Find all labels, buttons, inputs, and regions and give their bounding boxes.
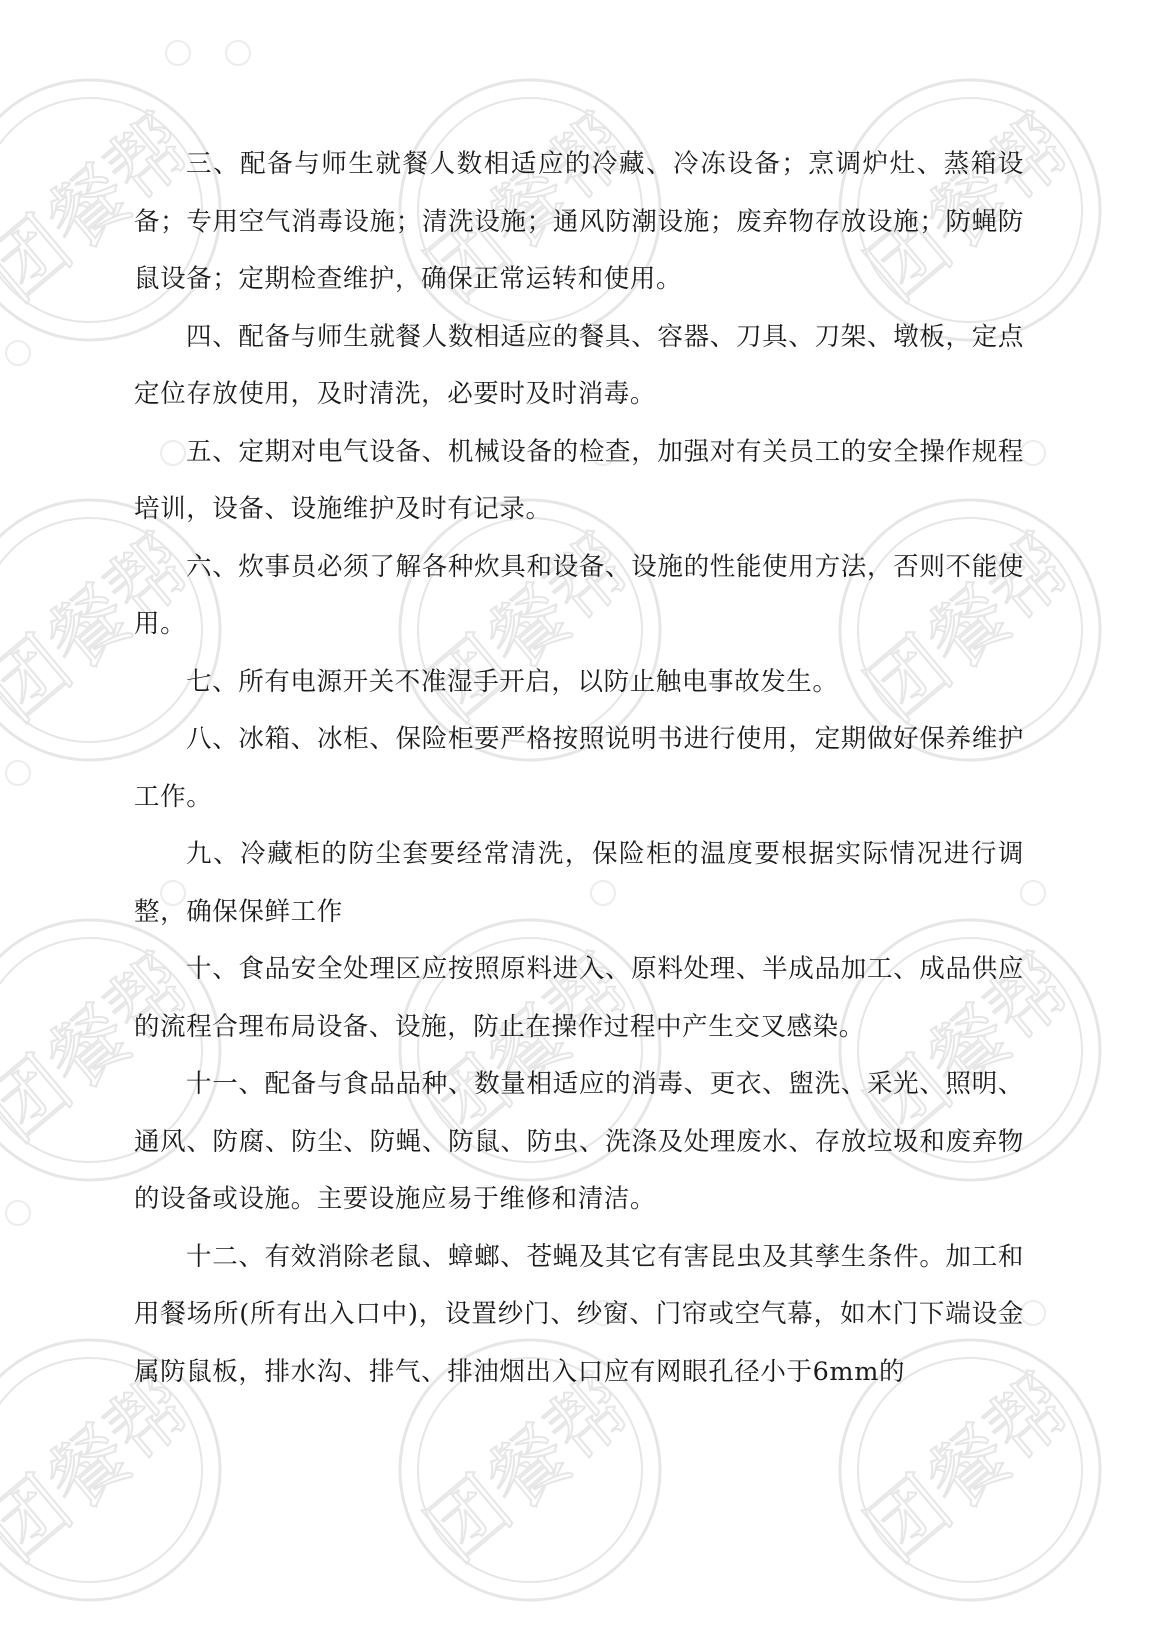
paragraph-8: 八、冰箱、冰柜、保险柜要严格按照说明书进行使用，定期做好保养维护工作。 <box>134 711 1024 826</box>
paragraph-6: 六、炊事员必须了解各种炊具和设备、设施的性能使用方法，否则不能使用。 <box>134 539 1024 654</box>
paragraph-12: 十二、有效消除老鼠、蟑螂、苍蝇及其它有害昆虫及其孳生条件。加工和用餐场所(所有出… <box>134 1229 1024 1402</box>
watermark-dot-icon <box>225 40 251 66</box>
watermark-dot-icon <box>5 1200 31 1226</box>
watermark-dot-icon <box>165 40 191 66</box>
paragraph-5: 五、定期对电气设备、机械设备的检查，加强对有关员工的安全操作规程培训，设备、设施… <box>134 424 1024 539</box>
watermark-dot-icon <box>5 340 31 366</box>
document-page: 三、配备与师生就餐人数相适应的冷藏、冷冻设备；烹调炉灶、蒸箱设备；专用空气消毒设… <box>134 136 1024 1401</box>
paragraph-4: 四、配备与师生就餐人数相适应的餐具、容器、刀具、刀架、墩板，定点定位存放使用，及… <box>134 309 1024 424</box>
paragraph-10: 十、食品安全处理区应按照原料进入、原料处理、半成品加工、成品供应的流程合理布局设… <box>134 941 1024 1056</box>
paragraph-9: 九、冷藏柜的防尘套要经常清洗，保险柜的温度要根据实际情况进行调整，确保保鲜工作 <box>134 826 1024 941</box>
paragraph-3: 三、配备与师生就餐人数相适应的冷藏、冷冻设备；烹调炉灶、蒸箱设备；专用空气消毒设… <box>134 136 1024 309</box>
watermark-dot-icon <box>5 760 31 786</box>
paragraph-11: 十一、配备与食品品种、数量相适应的消毒、更衣、盥洗、采光、照明、通风、防腐、防尘… <box>134 1056 1024 1229</box>
paragraph-7: 七、所有电源开关不准湿手开启，以防止触电事故发生。 <box>134 654 1024 712</box>
